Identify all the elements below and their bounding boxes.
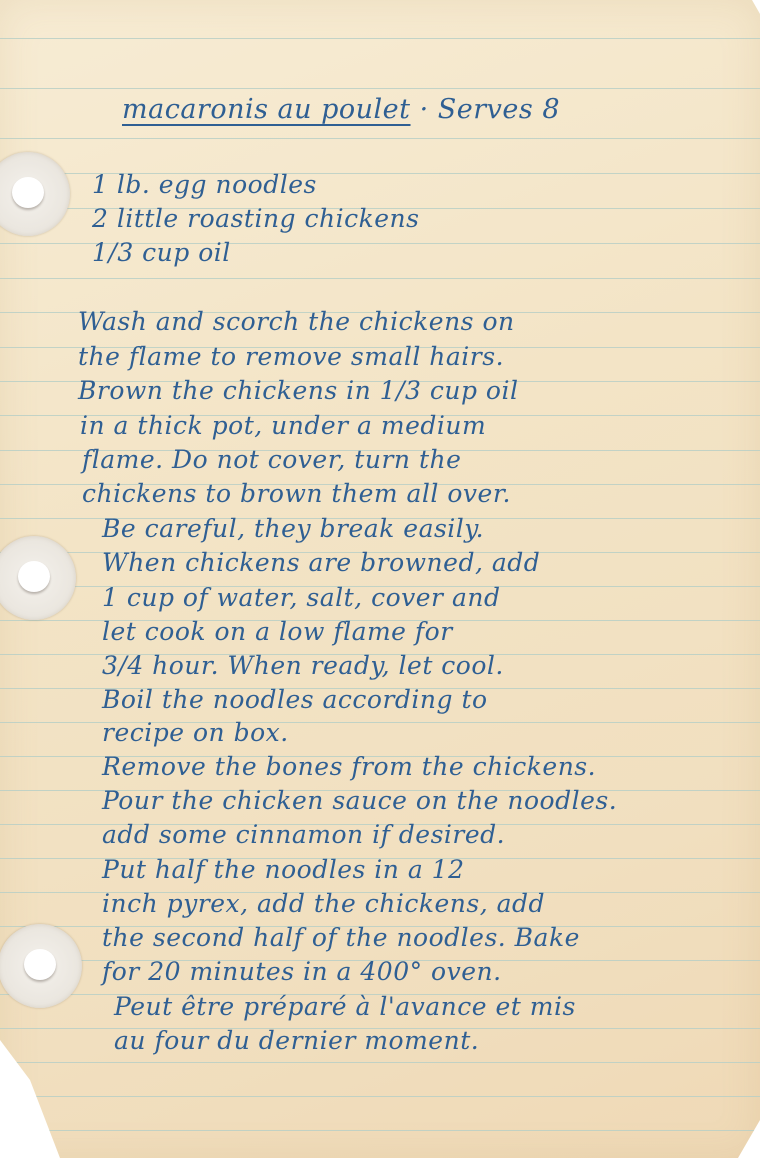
- instruction-line: inch pyrex, add the chickens, add: [102, 891, 545, 916]
- recipe-title-line: macaronis au poulet · Serves 8: [122, 96, 560, 123]
- instruction-line: recipe on box.: [102, 720, 289, 745]
- instruction-line: Pour the chicken sauce on the noodles.: [102, 788, 617, 813]
- instruction-line: Brown the chickens in 1/3 cup oil: [78, 378, 518, 403]
- instruction-line: in a thick pot, under a medium: [80, 413, 486, 438]
- servings: Serves 8: [438, 94, 560, 125]
- instruction-line: add some cinnamon if desired.: [102, 822, 505, 847]
- ruled-line: [0, 1062, 760, 1063]
- instruction-line: the second half of the noodles. Bake: [102, 925, 580, 950]
- instruction-line: 3/4 hour. When ready, let cool.: [102, 653, 504, 678]
- instruction-line: chickens to brown them all over.: [82, 481, 511, 506]
- binder-hole-reinforcement: [0, 152, 70, 236]
- ingredient-item: 2 little roasting chickens: [92, 206, 419, 231]
- binder-hole-reinforcement: [0, 924, 82, 1008]
- instruction-line: Boil the noodles according to: [102, 687, 488, 712]
- instruction-line: When chickens are browned, add: [102, 550, 540, 575]
- ruled-line: [0, 278, 760, 279]
- instruction-line-french: Peut être préparé à l'avance et mis: [114, 994, 576, 1019]
- ruled-line: [0, 88, 760, 89]
- ruled-line: [0, 38, 760, 39]
- instruction-line: Remove the bones from the chickens.: [102, 754, 596, 779]
- instruction-line: for 20 minutes in a 400° oven.: [102, 959, 502, 984]
- instruction-line: Put half the noodles in a 12: [102, 857, 465, 882]
- ingredient-item: 1 lb. egg noodles: [92, 172, 317, 197]
- recipe-title: macaronis au poulet: [122, 94, 411, 125]
- instruction-line: let cook on a low flame for: [102, 619, 453, 644]
- ruled-line: [0, 138, 760, 139]
- instruction-line: flame. Do not cover, turn the: [82, 447, 461, 472]
- instruction-line: 1 cup of water, salt, cover and: [102, 585, 500, 610]
- instruction-line: Be careful, they break easily.: [102, 516, 484, 541]
- ruled-line: [0, 1130, 760, 1131]
- instruction-line: Wash and scorch the chickens on: [78, 309, 515, 334]
- binder-hole-reinforcement: [0, 536, 76, 620]
- ingredient-item: 1/3 cup oil: [92, 240, 231, 265]
- instruction-line-french: au four du dernier moment.: [114, 1028, 479, 1053]
- ruled-line: [0, 1096, 760, 1097]
- recipe-card: macaronis au poulet · Serves 8 1 lb. egg…: [0, 0, 760, 1160]
- instruction-line: the flame to remove small hairs.: [78, 344, 504, 369]
